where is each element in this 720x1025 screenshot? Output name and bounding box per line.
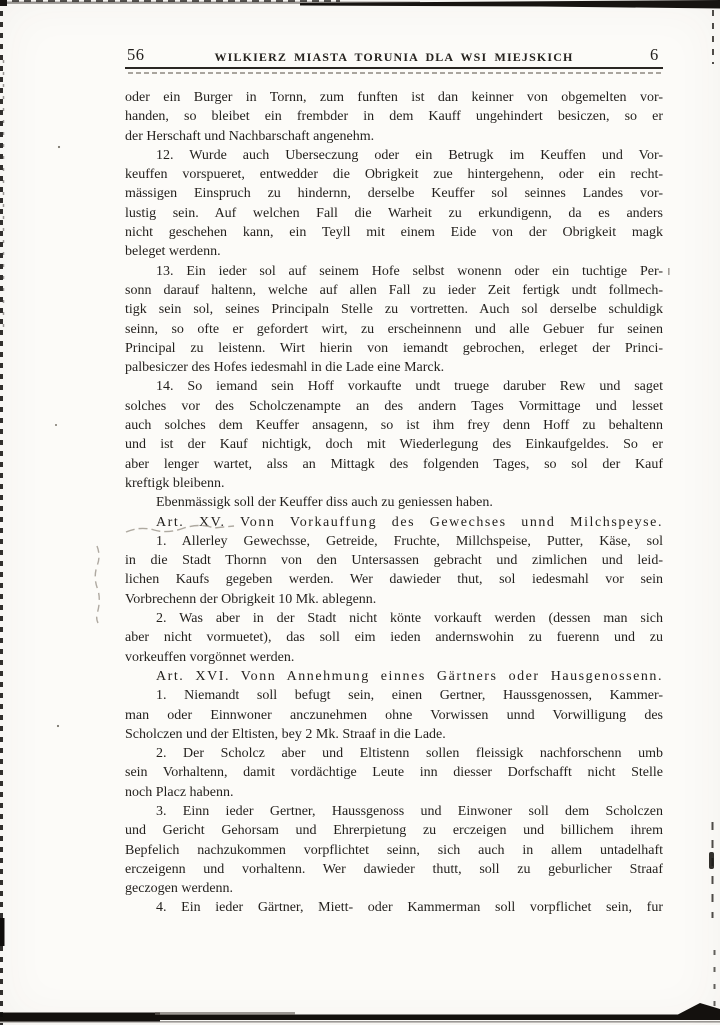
scan-edge-left <box>0 0 7 1025</box>
header-rule <box>125 67 663 69</box>
text-line: sonn darauf haltenn, welche auf allen Fa… <box>125 281 663 300</box>
text-line: nicht geschehen kann, ein Teyll mit eine… <box>125 223 663 242</box>
text-line: kreftigk bleibenn. <box>125 474 663 493</box>
scan-edge-right <box>709 10 715 1012</box>
text-line: lichen Kaufs gegeben werden. Wer dawiede… <box>125 570 663 589</box>
text-line: vorkeuffen vorgönnet werden. <box>125 648 663 667</box>
text-line: auch solches dem Keuffer ansagenn, so is… <box>125 416 663 435</box>
text-line: geczogen werdenn. <box>125 879 663 898</box>
text-line: oder ein Burger in Tornn, zum funften is… <box>125 88 663 107</box>
body-text: oder ein Burger in Tornn, zum funften is… <box>125 88 663 918</box>
text-line: 1. Niemandt soll befugt sein, einen Gert… <box>125 686 663 705</box>
text-line: 2. Der Scholcz aber und Eltistenn sollen… <box>125 744 663 763</box>
text-line: 3. Einn ieder Gertner, Haussgenoss und E… <box>125 802 663 821</box>
text-line: solches vor des Scholczenampte an des an… <box>125 397 663 416</box>
text-line: tigk sein sol, seines Principaln Stelle … <box>125 300 663 319</box>
text-line: noch Placz habenn. <box>125 783 663 802</box>
header-rule-shadow <box>128 72 663 74</box>
text-line: der Herschaft und Nachbarschaft angenehm… <box>125 127 663 146</box>
text-line: seinn, so ofte er gefordert wirt, zu ers… <box>125 320 663 339</box>
page-number-right: 6 <box>650 45 659 65</box>
pencil-margin-line <box>95 546 99 623</box>
text-line: 4. Ein ieder Gärtner, Miett- oder Kammer… <box>125 898 663 917</box>
text-line: 1. Allerley Gewechsse, Getreide, Fruchte… <box>125 532 663 551</box>
text-line: mässigen Einspruch zu hindernn, derselbe… <box>125 184 663 203</box>
text-line: Principal zu leistenn. Wirt hierin von i… <box>125 339 663 358</box>
article-heading: Art. XV. Vonn Vorkauffung des Gewechses … <box>125 513 663 532</box>
text-line: 12. Wurde auch Uberseczung oder ein Betr… <box>125 146 663 165</box>
text-line: beleget werdenn. <box>125 242 663 261</box>
running-title: WILKIERZ MIASTA TORUNIA DLA WSI MIEJSKIC… <box>125 50 663 65</box>
text-line: palbesiczer des Hofes iedesmahl in die L… <box>125 358 663 377</box>
text-line: sein Vorhaltenn, damit vordächtige Leute… <box>125 763 663 782</box>
scan-edge-bottom <box>0 1003 720 1023</box>
text-line: Scholczen und der Eltisten, bey 2 Mk. St… <box>125 725 663 744</box>
text-line: aber lenger wartet, alss an Mittagk des … <box>125 455 663 474</box>
text-line: keuffen vorspueret, entwedder die Obrigk… <box>125 165 663 184</box>
text-line: Ebenmässigk soll der Keuffer diss auch z… <box>125 493 663 512</box>
article-heading: Art. XVI. Vonn Annehmung einnes Gärtners… <box>125 667 663 686</box>
text-line: erczeigenn und vorhaltenn. Wer dawieder … <box>125 860 663 879</box>
text-line: aber nicht vormuetet), das soll eim iede… <box>125 628 663 647</box>
text-line: handen, so bleibet ein frembder in dem K… <box>125 107 663 126</box>
scanned-page: 56 WILKIERZ MIASTA TORUNIA DLA WSI MIEJS… <box>0 0 720 1025</box>
scan-edge-top <box>0 0 720 9</box>
text-line: Vorbrechenn der Obrigkeit 10 Mk. ablegen… <box>125 590 663 609</box>
text-line: lustig sein. Auf welchen Fall die Warhei… <box>125 204 663 223</box>
text-line: und ist der Kauf nichtigk, doch mit Wied… <box>125 435 663 454</box>
text-line: und Gericht Gehorsam und Ehrerpietung zu… <box>125 821 663 840</box>
text-line: 2. Was aber in der Stadt nicht könte vor… <box>125 609 663 628</box>
text-line: 14. So iemand sein Hoff vorkaufte undt t… <box>125 377 663 396</box>
text-line: in die Stadt Thornn von den Untersassen … <box>125 551 663 570</box>
text-line: 13. Ein ieder sol auf seinem Hofe selbst… <box>125 262 663 281</box>
text-line: man oder Einnwoner anczunehmen ohne Vorw… <box>125 706 663 725</box>
text-line: Bepfelich nachzukommen vorpflichtet sein… <box>125 841 663 860</box>
